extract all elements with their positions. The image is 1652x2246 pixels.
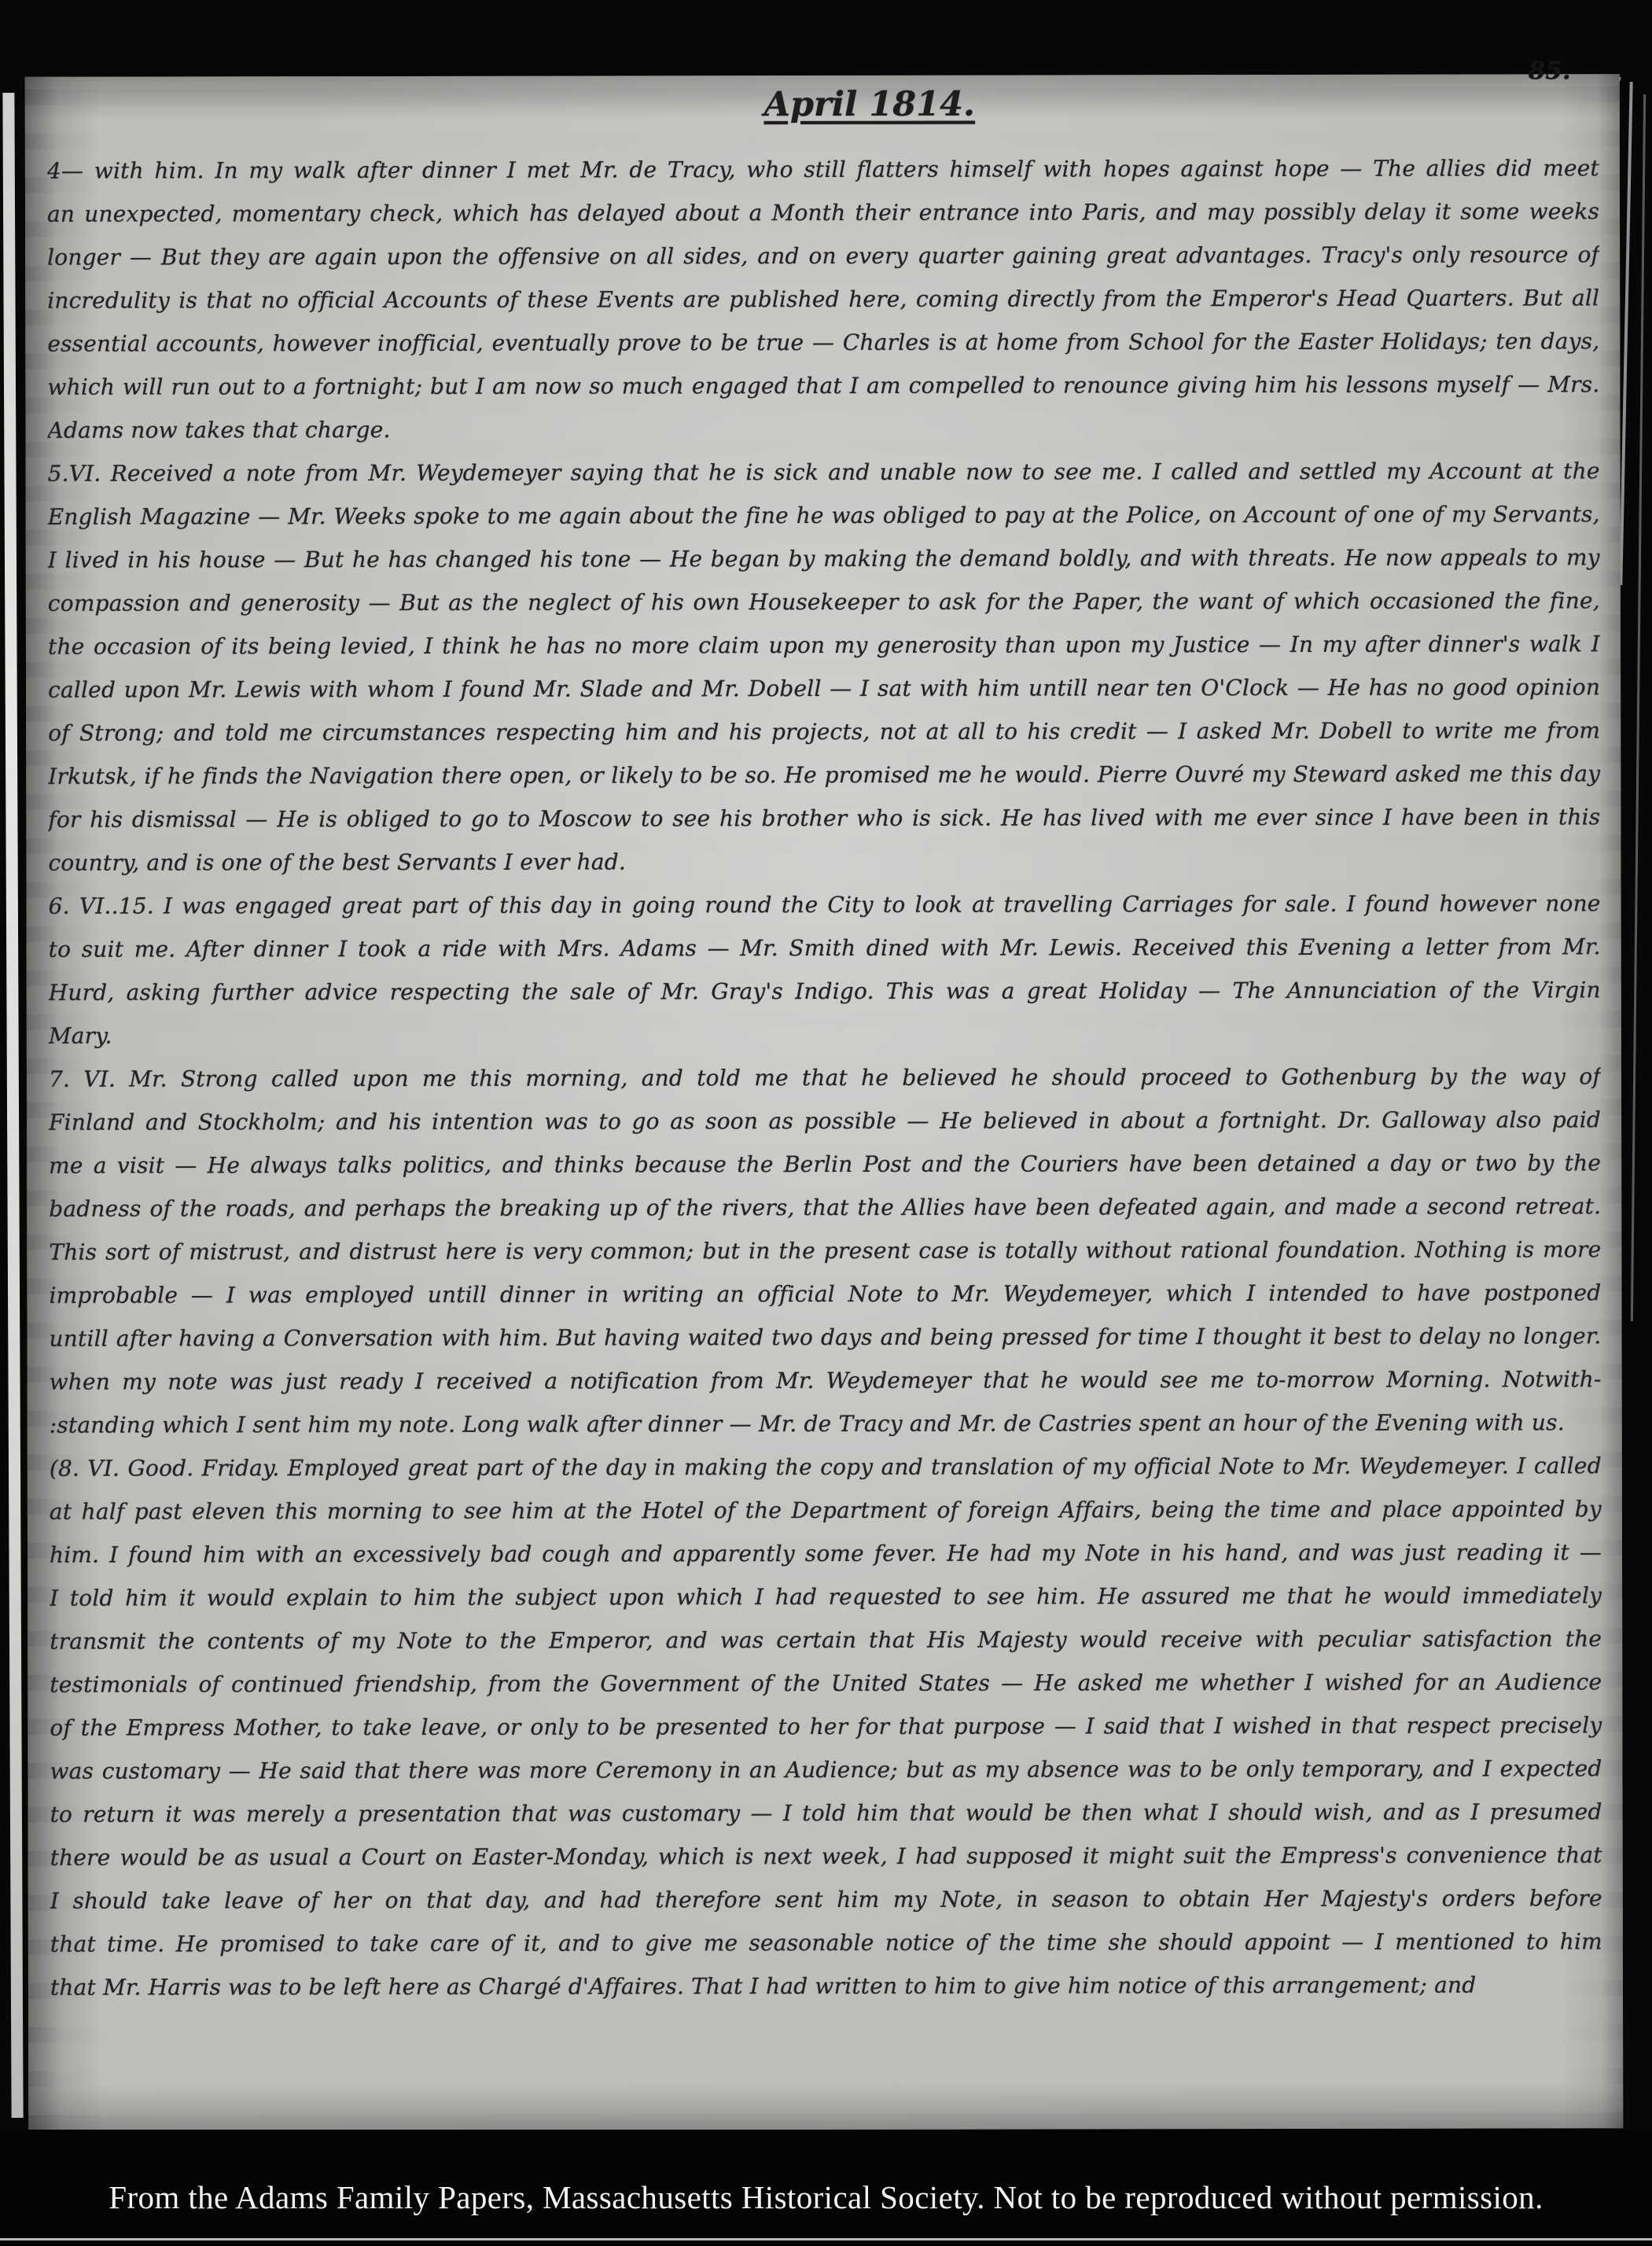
header-date: April 1814. — [25, 83, 1620, 126]
manuscript-line: compassion and generosity — But as the n… — [48, 579, 1600, 624]
manuscript-line: transmit the contents of my Note to the … — [50, 1617, 1602, 1662]
manuscript-line: him. I found him with an excessively bad… — [50, 1530, 1602, 1576]
manuscript-line: untill after having a Conversation with … — [49, 1314, 1601, 1360]
manuscript-line: for his dismissal — He is obliged to go … — [48, 795, 1600, 841]
diary-entry: 5.VI. Received a note from Mr. Weydemeye… — [48, 449, 1601, 884]
manuscript-line: when my note was just ready I received a… — [50, 1357, 1602, 1403]
manuscript-line: longer — But they are again upon the off… — [47, 233, 1599, 278]
page-number: 85. — [1529, 57, 1571, 85]
manuscript-line: of the Empress Mother, to take leave, or… — [50, 1703, 1602, 1749]
manuscript-line: Hurd, asking further advice respecting t… — [49, 968, 1601, 1014]
manuscript-text: 4— with him. In my walk after dinner I m… — [47, 146, 1602, 2009]
manuscript-line: which will run out to a fortnight; but I… — [47, 363, 1599, 408]
manuscript-line: there would be as usual a Court on Easte… — [50, 1833, 1602, 1879]
manuscript-line: 7. VI. Mr. Strong called upon me this mo… — [49, 1055, 1601, 1100]
manuscript-line: was customary — He said that there was m… — [50, 1747, 1602, 1792]
manuscript-line: This sort of mistrust, and distrust here… — [49, 1228, 1601, 1273]
manuscript-line: to return it was merely a presentation t… — [50, 1790, 1602, 1835]
manuscript-line: testimonials of continued friendship, fr… — [50, 1660, 1602, 1706]
manuscript-line: called upon Mr. Lewis with whom I found … — [48, 665, 1600, 711]
book-page-edge — [2, 93, 23, 2118]
manuscript-line: I lived in his house — But he has change… — [48, 536, 1600, 581]
diary-entry: 4— with him. In my walk after dinner I m… — [47, 146, 1600, 451]
book-edge-streak — [1631, 94, 1646, 1321]
manuscript-line: :standing which I sent him my note. Long… — [50, 1401, 1602, 1446]
manuscript-line: (8. VI. Good. Friday. Employed great par… — [50, 1444, 1602, 1489]
manuscript-line: Finland and Stockholm; and his intention… — [49, 1098, 1601, 1143]
manuscript-line: Mary. — [49, 1011, 1601, 1057]
manuscript-line: at half past eleven this morning to see … — [50, 1487, 1602, 1533]
manuscript-line: badness of the roads, and perhaps the br… — [49, 1184, 1601, 1230]
archive-caption: From the Adams Family Papers, Massachuse… — [0, 2178, 1652, 2216]
manuscript-scan: 85. April 1814. 4— with him. In my walk … — [0, 0, 1652, 2246]
caption-band: From the Adams Family Papers, Massachuse… — [0, 2130, 1652, 2246]
bottom-divider — [0, 2238, 1652, 2240]
manuscript-line: 5.VI. Received a note from Mr. Weydemeye… — [48, 449, 1600, 495]
manuscript-line: improbable — I was employed untill dinne… — [49, 1271, 1601, 1316]
manuscript-line: country, and is one of the best Servants… — [48, 838, 1600, 884]
diary-entry: 7. VI. Mr. Strong called upon me this mo… — [49, 1055, 1602, 1446]
book-edge-streak — [1619, 82, 1632, 585]
manuscript-line: incredulity is that no official Accounts… — [47, 276, 1599, 322]
manuscript-line: English Magazine — Mr. Weeks spoke to me… — [48, 492, 1600, 538]
manuscript-line: that Mr. Harris was to be left here as C… — [50, 1963, 1602, 2009]
manuscript-line: me a visit — He always talks politics, a… — [49, 1141, 1601, 1187]
manuscript-line: that time. He promised to take care of i… — [50, 1920, 1602, 1965]
manuscript-line: to suit me. After dinner I took a ride w… — [49, 925, 1601, 970]
manuscript-line: Irkutsk, if he finds the Navigation ther… — [48, 752, 1600, 797]
manuscript-line: I told him it would explain to him the s… — [50, 1574, 1602, 1619]
manuscript-line: the occasion of its being levied, I thin… — [48, 622, 1600, 668]
manuscript-line: an unexpected, momentary check, which ha… — [47, 190, 1599, 235]
diary-entry: 6. VI..15. I was engaged great part of t… — [49, 882, 1601, 1057]
manuscript-line: 6. VI..15. I was engaged great part of t… — [49, 882, 1601, 927]
diary-page: 85. April 1814. 4— with him. In my walk … — [25, 74, 1624, 2131]
manuscript-line: essential accounts, however inofficial, … — [47, 319, 1599, 365]
manuscript-line: I should take leave of her on that day, … — [50, 1876, 1602, 1922]
manuscript-line: Adams now takes that charge. — [47, 406, 1599, 451]
manuscript-line: of Strong; and told me circumstances res… — [48, 709, 1600, 754]
diary-entry: (8. VI. Good. Friday. Employed great par… — [50, 1444, 1602, 2009]
manuscript-line: 4— with him. In my walk after dinner I m… — [47, 146, 1599, 192]
